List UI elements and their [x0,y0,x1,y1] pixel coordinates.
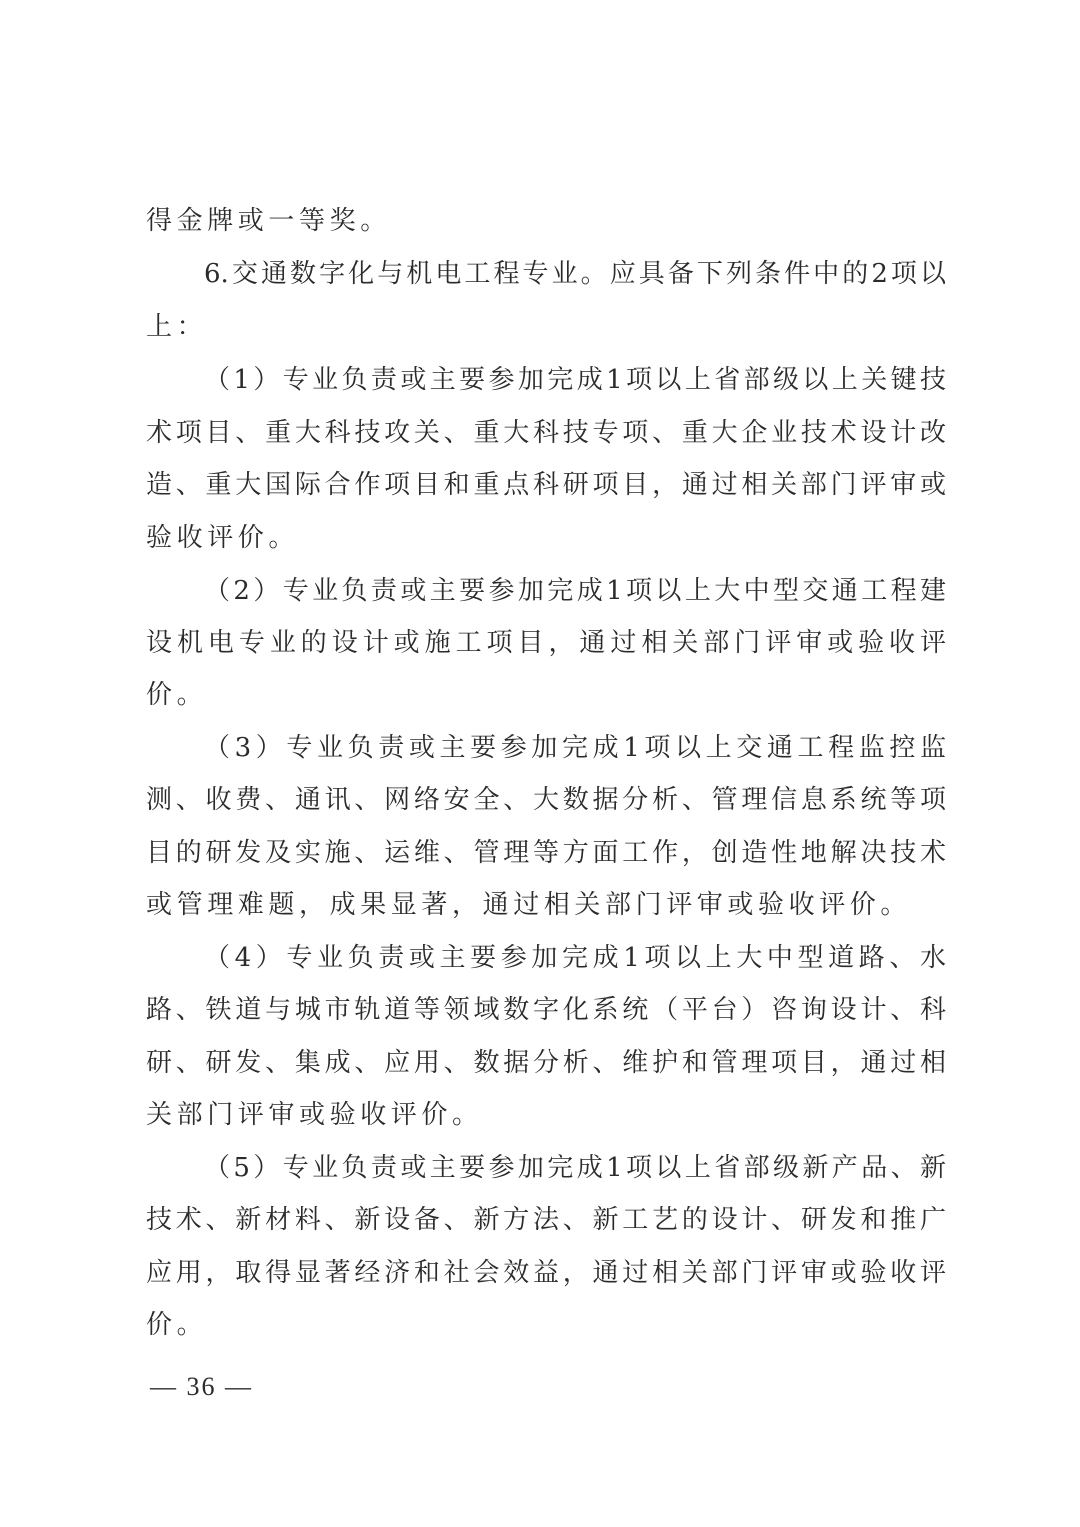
condition-4-line: 研、研发、集成、应用、数据分析、维护和管理项目，通过相 [146,1037,946,1089]
section-heading-line: 6.交通数字化与机电工程专业。应具备下列条件中的2项以 [204,248,946,300]
paragraph-line: 得金牌或一等奖。 [146,195,946,247]
document-page: 得金牌或一等奖。 6.交通数字化与机电工程专业。应具备下列条件中的2项以 上： … [0,0,1080,1527]
condition-4-line: （4）专业负责或主要参加完成1项以上大中型道路、水 [204,932,946,984]
condition-2-line: 设机电专业的设计或施工项目，通过相关部门评审或验收评 [146,617,946,669]
condition-1-line: 验收评价。 [146,512,946,564]
page-number: — 36 — [150,1372,253,1402]
condition-5-line: 价。 [146,1299,946,1351]
condition-3-line: （3）专业负责或主要参加完成1项以上交通工程监控监 [204,722,946,774]
condition-5-line: （5）专业负责或主要参加完成1项以上省部级新产品、新 [204,1142,946,1194]
condition-5-line: 技术、新材料、新设备、新方法、新工艺的设计、研发和推广 [146,1194,946,1246]
condition-4-line: 关部门评审或验收评价。 [146,1089,946,1141]
condition-3-line: 目的研发及实施、运维、管理等方面工作，创造性地解决技术 [146,827,946,879]
condition-1-line: （1）专业负责或主要参加完成1项以上省部级以上关键技 [204,354,946,406]
condition-3-line: 或管理难题，成果显著，通过相关部门评审或验收评价。 [146,879,946,931]
section-heading-line: 上： [146,301,946,353]
condition-2-line: （2）专业负责或主要参加完成1项以上大中型交通工程建 [204,565,946,617]
condition-1-line: 术项目、重大科技攻关、重大科技专项、重大企业技术设计改 [146,407,946,459]
condition-2-line: 价。 [146,669,946,721]
condition-3-line: 测、收费、通讯、网络安全、大数据分析、管理信息系统等项 [146,774,946,826]
condition-4-line: 路、铁道与城市轨道等领域数字化系统（平台）咨询设计、科 [146,984,946,1036]
condition-5-line: 应用，取得显著经济和社会效益，通过相关部门评审或验收评 [146,1247,946,1299]
condition-1-line: 造、重大国际合作项目和重点科研项目，通过相关部门评审或 [146,459,946,511]
